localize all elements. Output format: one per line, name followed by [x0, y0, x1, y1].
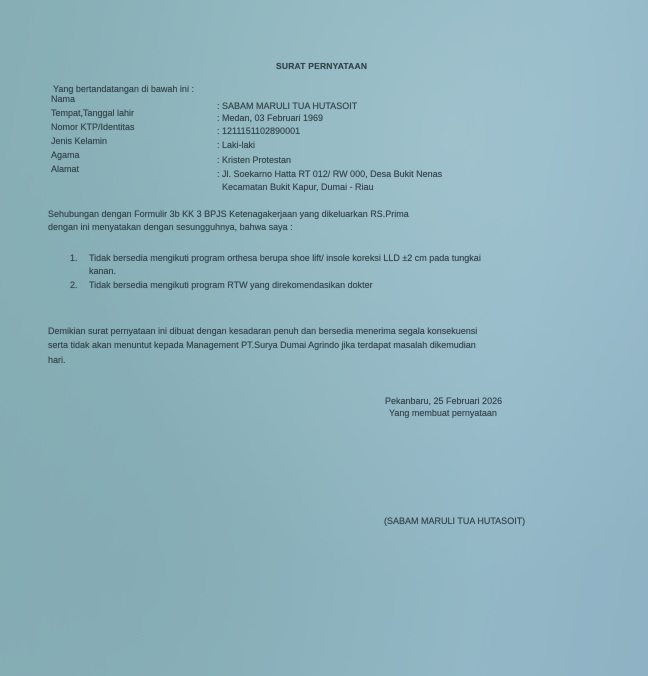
list-item-2-number: 2.: [70, 280, 78, 291]
signature-role: Yang membuat pernyataan: [389, 408, 497, 419]
paragraph1-line1: Sehubungan dengan Formulir 3b KK 3 BPJS …: [48, 209, 409, 220]
document-paper: SURAT PERNYATAAN Yang bertandatangan di …: [0, 0, 648, 676]
field-value-ktp: : 1211151102890001: [217, 126, 300, 137]
field-label-ttl: Tempat,Tanggal lahir: [51, 108, 134, 119]
signature-place-date: Pekanbaru, 25 Februari 2026: [385, 396, 502, 407]
paragraph2-line2: serta tidak akan menuntut kepada Managem…: [48, 340, 476, 351]
paragraph2-line3: hari.: [48, 355, 66, 366]
list-item-1-line2: kanan.: [89, 266, 116, 277]
field-label-alamat: Alamat: [51, 164, 79, 175]
field-value-gender: : Laki-laki: [217, 140, 255, 151]
document-title: SURAT PERNYATAAN: [276, 61, 367, 72]
list-item-1-number: 1.: [70, 253, 78, 264]
paragraph2-line1: Demikian surat pernyataan ini dibuat den…: [48, 326, 477, 337]
list-item-1-line1: Tidak bersedia mengikuti program orthesa…: [89, 253, 481, 264]
field-value-nama: : SABAM MARULI TUA HUTASOIT: [217, 101, 357, 112]
field-value-agama: : Kristen Protestan: [217, 155, 291, 166]
signature-name: (SABAM MARULI TUA HUTASOIT): [384, 516, 525, 527]
field-label-gender: Jenis Kelamin: [51, 136, 107, 147]
field-value-ttl: : Medan, 03 Februari 1969: [217, 113, 323, 124]
field-value-alamat: : Jl. Soekarno Hatta RT 012/ RW 000, Des…: [217, 169, 442, 180]
paragraph1-line2: dengan ini menyatakan dengan sesungguhny…: [48, 222, 293, 233]
list-item-2-line1: Tidak bersedia mengikuti program RTW yan…: [89, 280, 373, 291]
field-label-nama: Nama: [51, 94, 75, 105]
field-value-alamat-line2: Kecamatan Bukit Kapur, Dumai - Riau: [222, 182, 374, 193]
field-label-ktp: Nomor KTP/Identitas: [51, 122, 135, 133]
field-label-agama: Agama: [51, 150, 80, 161]
